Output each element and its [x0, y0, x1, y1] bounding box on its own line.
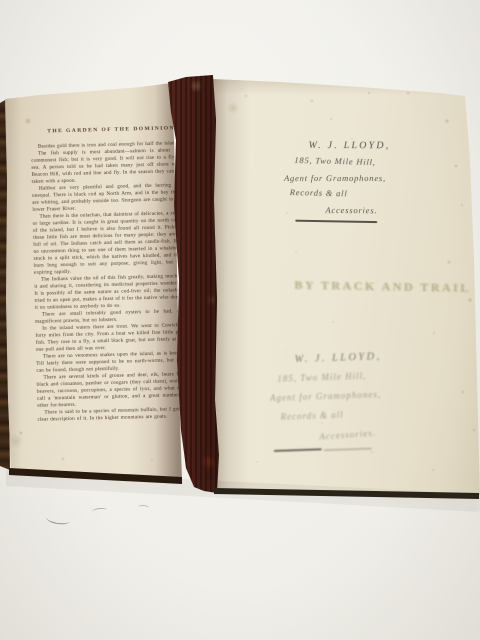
- body-paragraph: The Indians value the oil of this fish g…: [34, 273, 185, 312]
- stamp-line: Accessories.: [325, 202, 458, 219]
- body-paragraph: In the inland waters there are trout. We…: [35, 322, 186, 354]
- left-page-text: THE GARDEN OF THE DOMINION. Besides gold…: [30, 125, 187, 424]
- stamp-line: Records & all: [280, 402, 446, 427]
- stamp-line: 185, Two Mile Hill,: [277, 364, 445, 389]
- show-through-title: BY TRACK AND TRAIL: [294, 278, 454, 296]
- stamp-line: Agent for Gramophones,: [270, 383, 446, 408]
- stamp-line: Records & all: [290, 184, 459, 204]
- stamp-line: Agent for Gramophones,: [284, 170, 459, 186]
- scratch-mark: [138, 505, 149, 511]
- running-head: THE GARDEN OF THE DOMINION.: [44, 125, 180, 134]
- faint-ink-stamp: W. J. LLOYD, 185, Two Mile Hill, Agent f…: [268, 345, 446, 452]
- book-photo: THE GARDEN OF THE DOMINION. Besides gold…: [0, 0, 480, 640]
- scratch-mark: [92, 507, 108, 515]
- body-paragraph: There are no venomous snakes upon the is…: [36, 350, 186, 375]
- body-paragraph: Besides gold there is iron and coal enou…: [31, 140, 181, 151]
- stamp-underline: [274, 448, 322, 452]
- body-paragraph: Then there is the oolachan, that daintie…: [32, 210, 183, 277]
- body-paragraph: The fish supply is most abundant—salmon …: [31, 147, 182, 186]
- scratch-mark: [45, 512, 70, 526]
- stamp-line: 185, Two Mile Hill,: [294, 152, 459, 173]
- body-paragraph: There are several kinds of grouse and de…: [36, 371, 187, 410]
- body-paragraph: There is said to be a species of mountai…: [37, 406, 187, 424]
- body-paragraph: Halibut are very plentiful and good, and…: [32, 182, 183, 214]
- body-paragraph: There are small tolerably good oysters t…: [35, 308, 185, 326]
- stamp-line: W. J. LLOYD,: [309, 138, 460, 155]
- dealer-ink-stamp: W. J. LLOYD, 185, Two Mile Hill, Agent f…: [283, 136, 459, 224]
- stamp-line: Accessories.: [319, 419, 447, 447]
- stamp-underline: [295, 220, 377, 223]
- stamp-line: W. J. LLOYD,: [294, 345, 444, 369]
